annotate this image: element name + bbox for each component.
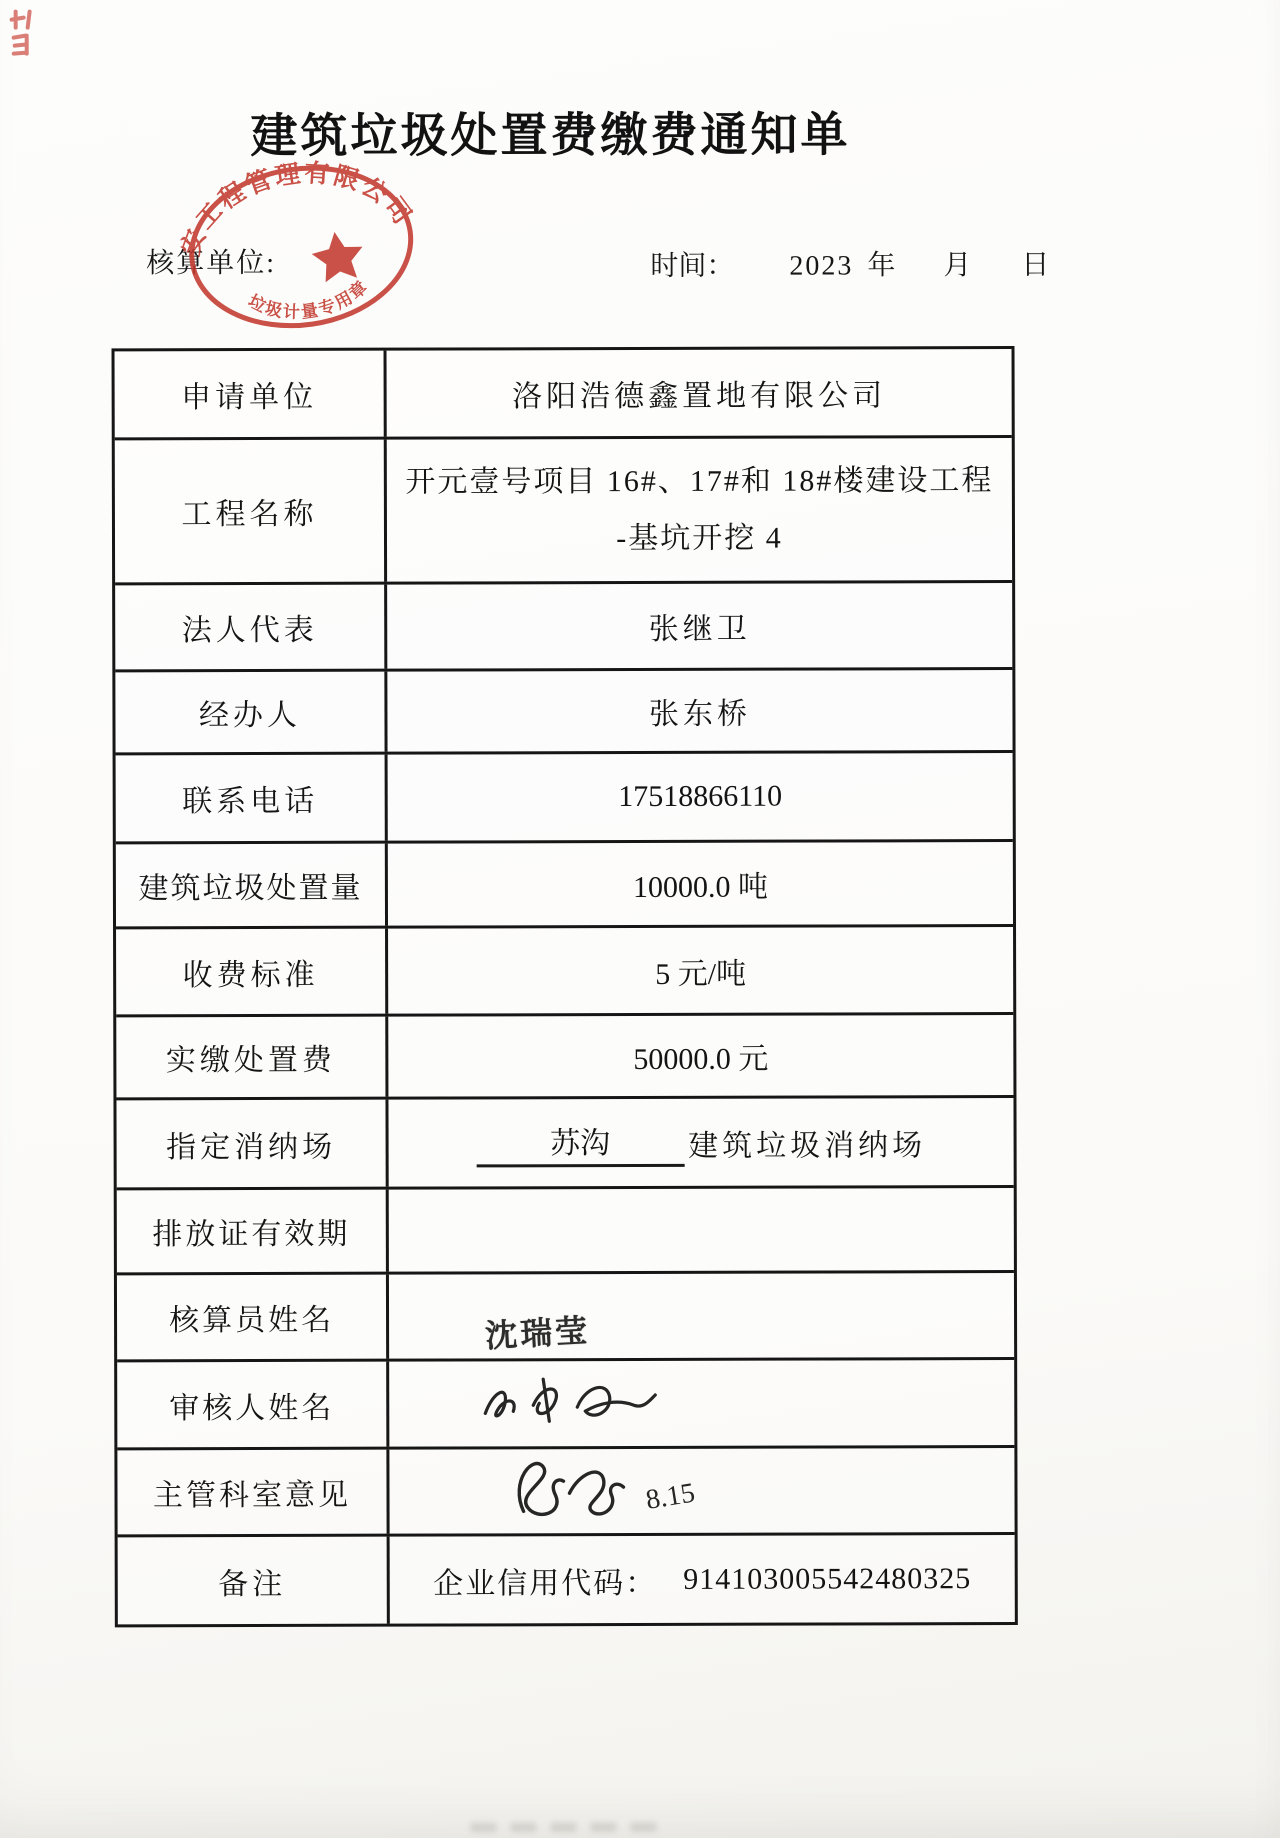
row-value: 洛阳浩德鑫置地有限公司: [387, 349, 1012, 437]
row-value: 沈瑞莹: [389, 1273, 1014, 1359]
table-row-phone: 联系电话 17518866110: [116, 750, 1013, 841]
table-row-project-name: 工程名称 开元壹号项目 16#、17#和 18#楼建设工程 -基坑开挖 4: [115, 435, 1012, 582]
reviewer-handwritten-signature: [477, 1371, 687, 1440]
credit-code-label: 企业信用代码：: [433, 1557, 657, 1602]
table-row-waste-amount: 建筑垃圾处置量 10000.0 吨: [116, 839, 1013, 926]
year-value: 2023: [789, 250, 853, 282]
project-name-line1: 开元壹号项目 16#、17#和 18#楼建设工程: [405, 452, 993, 511]
row-label: 建筑垃圾处置量: [116, 844, 388, 927]
scanned-document: 建筑垃圾处置费缴费通知单 核算单位: 时间： 2023 年 月 日 安工程管理有…: [0, 0, 1280, 1838]
table-row-remark: 备注 企业信用代码： 914103005542480325: [118, 1532, 1015, 1624]
accountant-handwritten-signature: 沈瑞莹: [484, 1305, 591, 1357]
table-row-disposal-site: 指定消纳场 苏沟 建筑垃圾消纳场: [116, 1095, 1013, 1187]
row-label: 审核人姓名: [117, 1362, 389, 1448]
row-label: 核算员姓名: [117, 1275, 389, 1360]
row-value: 5 元/吨: [388, 927, 1013, 1014]
table-row-paid-fee: 实缴处置费 50000.0 元: [116, 1012, 1013, 1097]
fee-notice-table: 申请单位 洛阳浩德鑫置地有限公司 工程名称 开元壹号项目 16#、17#和 18…: [112, 346, 1018, 1627]
row-label: 收费标准: [116, 929, 388, 1015]
row-value: [389, 1360, 1014, 1447]
table-row-reviewer-name: 审核人姓名: [117, 1357, 1014, 1447]
row-label: 经办人: [115, 672, 387, 753]
document-title: 建筑垃圾处置费缴费通知单: [0, 97, 1103, 167]
project-name-line2: -基坑开挖 4: [616, 510, 783, 567]
supervisor-date-note: 8.15: [644, 1477, 697, 1515]
row-value: 张东桥: [387, 670, 1012, 752]
row-value: 企业信用代码： 914103005542480325: [390, 1535, 1015, 1624]
row-value: 50000.0 元: [388, 1015, 1013, 1097]
table-row-handler: 经办人 张东桥: [115, 667, 1012, 752]
table-row-permit-validity: 排放证有效期: [117, 1185, 1014, 1272]
row-label: 申请单位: [115, 351, 387, 438]
row-value: 苏沟 建筑垃圾消纳场: [388, 1098, 1013, 1187]
table-row-applicant: 申请单位 洛阳浩德鑫置地有限公司: [115, 349, 1012, 437]
paper-sheet: 建筑垃圾处置费缴费通知单 核算单位: 时间： 2023 年 月 日 安工程管理有…: [0, 0, 1280, 1838]
row-label: 指定消纳场: [116, 1100, 388, 1188]
row-value: 8.15: [389, 1448, 1014, 1534]
row-value: [389, 1188, 1014, 1272]
seal-bottom-text: 垃圾计量专用章: [243, 274, 376, 330]
row-label: 工程名称: [115, 440, 387, 583]
row-label: 法人代表: [115, 585, 387, 670]
row-label: 联系电话: [116, 755, 388, 842]
row-value: 开元壹号项目 16#、17#和 18#楼建设工程 -基坑开挖 4: [387, 438, 1012, 582]
table-row-accountant-name: 核算员姓名 沈瑞莹: [117, 1270, 1014, 1359]
site-suffix: 建筑垃圾消纳场: [688, 1120, 926, 1165]
seal-star-icon: [309, 228, 367, 283]
row-value: 10000.0 吨: [388, 842, 1013, 926]
accounting-unit-label: 核算单位:: [146, 241, 276, 281]
row-label: 排放证有效期: [117, 1190, 389, 1273]
svg-text:垃圾计量专用章: 垃圾计量专用章: [243, 274, 376, 330]
credit-code-value: 914103005542480325: [683, 1562, 971, 1597]
table-row-supervisor-opinion: 主管科室意见 8.15: [117, 1445, 1014, 1534]
row-label: 主管科室意见: [117, 1450, 389, 1535]
year-char: 年: [867, 243, 895, 283]
row-value: 张继卫: [387, 583, 1012, 669]
page-bottom-bleed-through: [470, 1822, 770, 1838]
row-label: 备注: [118, 1537, 390, 1625]
row-value: 17518866110: [388, 753, 1013, 841]
site-name-underlined: 苏沟: [476, 1118, 684, 1168]
day-char: 日: [1021, 243, 1049, 283]
time-line: 时间： 2023 年 月 日: [650, 243, 1049, 284]
time-label: 时间：: [650, 244, 734, 284]
table-row-legal-rep: 法人代表 张继卫: [115, 580, 1012, 669]
row-label: 实缴处置费: [116, 1017, 388, 1098]
supervisor-handwritten-signature: 8.15: [497, 1441, 747, 1542]
table-row-fee-standard: 收费标准 5 元/吨: [116, 924, 1013, 1014]
month-char: 月: [943, 243, 971, 283]
corner-red-stamp-fragment: [8, 8, 54, 60]
